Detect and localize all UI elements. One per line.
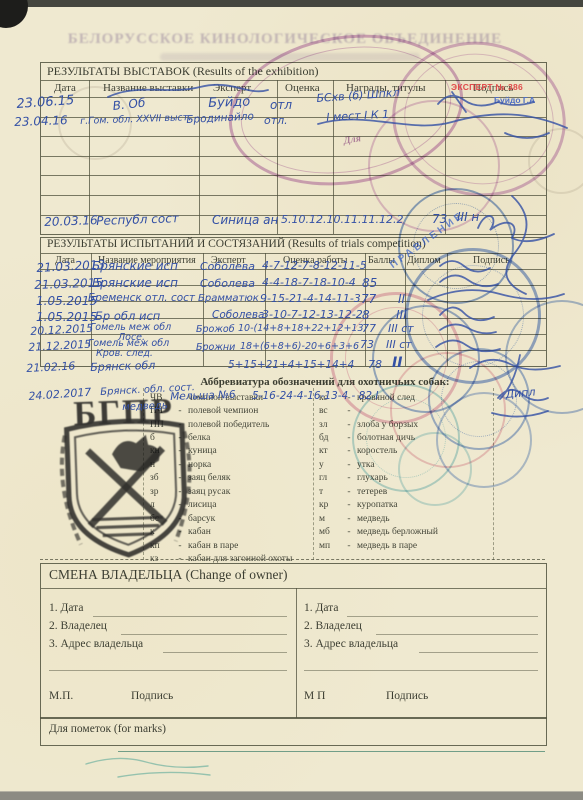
- table-line: [447, 253, 448, 366]
- table-line: [41, 136, 546, 137]
- hw-trial-points: 8: [362, 308, 370, 322]
- abbrev-code: кр: [319, 500, 341, 510]
- bleedthrough-title: БЕЛОРУССКОЕ КИНОЛОГИЧЕСКОЕ ОБЪЕДИНЕНИЕ: [50, 31, 520, 48]
- abbrev-label: барсук: [188, 514, 308, 524]
- table-line: [41, 175, 546, 176]
- owner-date-label: 1. Дата: [304, 602, 338, 614]
- expert-name-stamp: Буйдо Г.А: [494, 95, 535, 105]
- table-line: [41, 80, 546, 81]
- abbrev-label: злоба у борзых: [357, 420, 491, 430]
- abbrev-code: м: [319, 514, 341, 524]
- abbrev-dash: -: [341, 514, 357, 524]
- abbrev-row: т-тетерев: [319, 485, 491, 498]
- abbrev-label: медведь в паре: [357, 541, 491, 551]
- abbrev-label: глухарь: [357, 473, 491, 483]
- owner-name-label: 2. Владелец: [49, 620, 107, 632]
- table-line: [445, 80, 446, 234]
- page-curl-corner: [0, 0, 28, 28]
- col-header-signature: Подпись: [473, 255, 510, 266]
- abbrev-code: вс: [319, 406, 341, 416]
- field-underline: [121, 634, 287, 635]
- dog-silhouette-icon: [111, 434, 160, 472]
- abbrev-row: зл-злоба у борзых: [319, 418, 491, 431]
- hw-show-score: отл: [270, 98, 292, 112]
- abbrev-divider: [493, 388, 494, 560]
- hw-trial-score: 18+(6+8+6)-20+6+3+6: [240, 341, 359, 352]
- abbrev-dash: -: [341, 500, 357, 510]
- abbrev-row: бд-болотная дичь: [319, 431, 491, 444]
- hw-note-game: медведь: [122, 400, 168, 413]
- abbrev-dash: -: [341, 420, 357, 430]
- abbrev-label: белка: [188, 433, 308, 443]
- expert-badge-stamp: ЭКСПЕРТ № 386: [451, 82, 523, 92]
- table-line: [41, 156, 546, 157]
- owner-address-label: 3. Адрес владельца: [304, 638, 398, 650]
- abbrev-divider: [313, 388, 314, 560]
- table-line: [199, 80, 200, 234]
- abbrev-label: полевой чемпион: [188, 406, 308, 416]
- abbrev-label: коростель: [357, 446, 491, 456]
- table-line: [41, 334, 546, 335]
- hw-trial-expert: Брожоб: [196, 324, 235, 335]
- ruled-line: [118, 751, 545, 752]
- hw-trial-score: 3-10-7-12-13-12-2: [262, 308, 363, 321]
- abbrev-label: кабан в паре: [188, 541, 308, 551]
- abbrev-label: болотная дичь: [357, 433, 491, 443]
- hw-trial-name: Бременск отл. сост: [88, 292, 195, 304]
- field-underline: [304, 670, 538, 671]
- abbrev-label: кабан: [188, 527, 308, 537]
- marks-label: Для пометок (for marks): [49, 723, 166, 735]
- abbrev-code: гл: [319, 473, 341, 483]
- hw-late-points: 73: [432, 212, 447, 226]
- abbrev-label: заяц беляк: [188, 473, 308, 483]
- hw-trial-score: 4-7-12-7-8-12-11-5: [262, 259, 367, 272]
- owner-name-label: 2. Владелец: [304, 620, 362, 632]
- hw-trial-points: 78: [368, 358, 382, 371]
- table-line: [41, 253, 546, 254]
- abbrev-dash: -: [341, 527, 357, 537]
- hw-trial-name2: Кров. след.: [96, 348, 153, 359]
- abbrev-label: заяц русак: [188, 487, 308, 497]
- hw-late-diploma: III н: [457, 210, 479, 224]
- table-line: [296, 588, 297, 718]
- hw-late-score: 5.10.12.10.11.11.12.2: [281, 213, 403, 226]
- hw-late-name: Республ сост: [96, 211, 179, 228]
- seal-label: М.П.: [49, 690, 73, 702]
- field-underline: [376, 634, 538, 635]
- abbrev-dash: -: [341, 406, 357, 416]
- hw-trial-name: Брянские исп: [92, 259, 178, 273]
- abbrev-list-right: кс-кровяной след вс- зл-злоба у борзых б…: [319, 391, 491, 552]
- abbrev-dash: -: [341, 487, 357, 497]
- hw-trial-expert: Соболева: [212, 309, 264, 321]
- abbrev-row: кт-коростель: [319, 445, 491, 458]
- abbrev-label: полевой победитель: [188, 420, 308, 430]
- hw-show-score: отл.: [264, 114, 288, 127]
- hw-show-expert: Буйдо: [208, 95, 251, 111]
- hw-trial-date: 21.02.16: [26, 359, 76, 375]
- field-underline: [49, 670, 287, 671]
- abbrev-row: гл-глухарь: [319, 472, 491, 485]
- abbreviations-title: Аббревиатура обозначений для охотничьих …: [140, 376, 510, 388]
- abbrev-code: бд: [319, 433, 341, 443]
- abbrev-code: т: [319, 487, 341, 497]
- signature-label: Подпись: [131, 690, 173, 702]
- abbrev-label: медведь: [357, 514, 491, 524]
- abbrev-label: куница: [188, 446, 308, 456]
- abbrev-label: лисица: [188, 500, 308, 510]
- marks-box: Для пометок (for marks): [40, 717, 547, 746]
- abbrev-label: медведь берложный: [357, 527, 491, 537]
- hw-note-name: Мельша №6: [170, 389, 236, 403]
- hw-trial-score: 9-15-21-4-14-11-3: [260, 292, 361, 305]
- scan-top-edge: [0, 0, 583, 7]
- owner-address-label: 3. Адрес владельца: [49, 638, 143, 650]
- field-underline: [347, 616, 538, 617]
- abbrev-row: м-медведь: [319, 512, 491, 525]
- abbrev-row: кр-куропатка: [319, 499, 491, 512]
- abbrev-code: мб: [319, 527, 341, 537]
- field-underline: [419, 652, 538, 653]
- abbrev-row: мб-медведь берложный: [319, 525, 491, 538]
- exhibitions-title: РЕЗУЛЬТАТЫ ВЫСТАВОК (Results of the exhi…: [47, 64, 318, 79]
- hw-trial-points: 73: [360, 338, 374, 351]
- hw-trial-score: 5+15+21+4+15+14+4: [228, 359, 354, 371]
- abbrev-dash: -: [341, 433, 357, 443]
- hw-trial-diploma: II: [392, 355, 402, 371]
- table-line: [41, 588, 546, 589]
- signature-label: Подпись: [386, 690, 428, 702]
- hw-trial-expert: Брамматюк: [198, 293, 259, 304]
- hw-trial-score: 10-(14+8+18+22+12+13: [238, 323, 364, 334]
- scanned-pedigree-page: БЕЛОРУССКОЕ КИНОЛОГИЧЕСКОЕ ОБЪЕДИНЕНИЕ Р…: [0, 0, 583, 800]
- hw-show-date: 23.04.16: [14, 113, 68, 129]
- owner-change-title: СМЕНА ВЛАДЕЛЬЦА (Change of owner): [49, 567, 288, 583]
- field-underline: [163, 652, 287, 653]
- trials-title: РЕЗУЛЬТАТЫ ИСПЫТАНИЙ И СОСТЯЗАНИЙ (Resul…: [47, 238, 426, 250]
- hw-trial-expert: Брожни: [196, 342, 235, 353]
- hw-trial-name: Бр обл исп: [95, 309, 160, 323]
- abbrev-label: куропатка: [357, 500, 491, 510]
- abbrev-row: у-утка: [319, 458, 491, 471]
- hw-trial-expert: Соболева: [200, 277, 255, 290]
- hw-late-expert: Синица ан: [212, 213, 278, 227]
- col-header-expert: Эксперт: [213, 82, 251, 94]
- abbrev-row: вс-: [319, 404, 491, 417]
- abbrev-row: мп-медведь в паре: [319, 539, 491, 552]
- bleedthrough-line: [160, 53, 420, 61]
- hw-trial-expert: Соболева: [200, 260, 255, 273]
- table-line: [89, 80, 90, 234]
- owner-change-box: СМЕНА ВЛАДЕЛЬЦА (Change of owner) 1. Дат…: [40, 563, 547, 719]
- hw-trial-diploma: III: [396, 308, 407, 322]
- seal-label: М П: [304, 690, 325, 702]
- hw-trial-diploma: II: [398, 292, 405, 306]
- hw-trial-name: Брянск обл: [90, 359, 155, 374]
- hw-trial-score: 4-4-18-7-18-10-4: [262, 276, 356, 289]
- hw-trial-points: 77: [361, 292, 376, 306]
- abbrev-code: зл: [319, 420, 341, 430]
- hw-trial-diploma: III ст: [388, 322, 414, 335]
- abbrev-label: норка: [188, 460, 308, 470]
- table-line: [41, 195, 546, 196]
- hw-trial-points: 77: [362, 322, 376, 335]
- abbrev-label: тетерев: [357, 487, 491, 497]
- abbrev-code: у: [319, 460, 341, 470]
- abbrev-code: мп: [319, 541, 341, 551]
- scan-bottom-edge: [0, 791, 583, 800]
- abbrev-dash: -: [341, 473, 357, 483]
- field-underline: [93, 616, 287, 617]
- abbrev-dash: -: [341, 460, 357, 470]
- club-shield-stamp: БГПР: [47, 388, 205, 565]
- hw-trial-points: 85: [362, 276, 377, 290]
- abbrev-label: утка: [357, 460, 491, 470]
- abbrev-dash: -: [341, 541, 357, 551]
- col-header-score: Оценка: [285, 82, 320, 94]
- col-header-show-name: Название выставки: [103, 82, 193, 94]
- abbrev-code: кт: [319, 446, 341, 456]
- hw-trial-name: Брянские исп: [92, 276, 178, 290]
- owner-date-label: 1. Дата: [49, 602, 83, 614]
- hw-trial-diploma: III ст: [386, 338, 412, 351]
- hw-note-score: 5-16-24-4-16-13-4 - 82 I: [252, 390, 378, 402]
- abbrev-dash: -: [341, 446, 357, 456]
- hw-late-date: 20.03.16: [44, 213, 98, 229]
- hw-note-sign: Дипл: [505, 385, 536, 401]
